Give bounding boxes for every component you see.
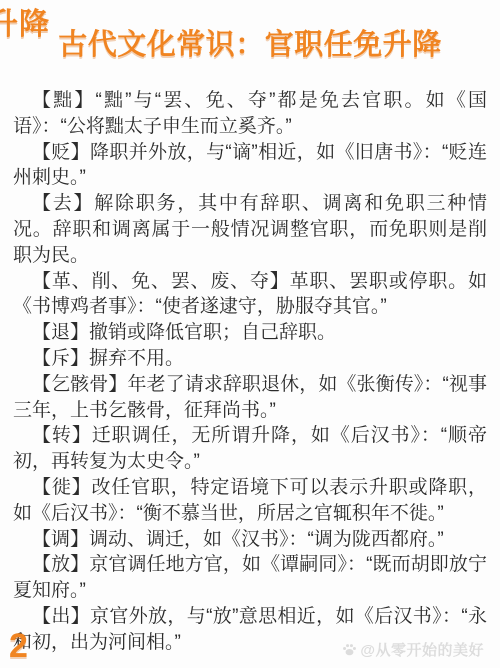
entry-list: 【黜】“黜”与“罢、免、夺”都是免去官职。如《国语》：“公将黜太子申生而立奚齐。…: [13, 88, 487, 656]
entry: 【革、削、免、罢、废、夺】革职、罢职或停职。如《书博鸡者事》：“使者遂逮守，胁服…: [13, 269, 487, 321]
entry: 【放】京官调任地方官，如《谭嗣同》：“既而胡即放宁夏知府。”: [13, 552, 487, 604]
entry: 【徙】改任官职，特定语境下可以表示升职或降职，如《后汉书》：“衡不慕当世，所居之…: [13, 475, 487, 527]
page-title: 古代文化常识：官职任免升降: [0, 22, 500, 63]
entry: 【去】解除职务，其中有辞职、调离和免职三种情况。辞职和调离属于一般情况调整官职，…: [13, 191, 487, 268]
entry-term: 【放】: [32, 554, 89, 575]
entry: 【黜】“黜”与“罢、免、夺”都是免去官职。如《国语》：“公将黜太子申生而立奚齐。…: [13, 88, 487, 140]
watermark: @从零开始的美好: [342, 639, 484, 660]
watermark-text: @从零开始的美好: [360, 639, 484, 660]
entry-term: 【革、削、免、罢、废、夺】: [32, 271, 290, 292]
entry: 【乞骸骨】年老了请求辞职退休，如《张衡传》：“视事三年，上书乞骸骨，征拜尚书。”: [13, 372, 487, 424]
entry-term: 【徙】: [32, 477, 91, 498]
entry-term: 【转】: [32, 425, 92, 446]
entry-definition: 撤销或降低官职；自己辞职。: [89, 322, 336, 343]
paw-icon: [342, 642, 357, 657]
entry-definition: 摒弃不用。: [89, 348, 184, 369]
entry-term: 【出】: [32, 606, 90, 627]
entry-term: 【斥】: [32, 348, 89, 369]
entry-term: 【去】: [32, 193, 94, 214]
entry-term: 【黜】: [32, 90, 95, 111]
entry-term: 【乞骸骨】: [32, 374, 127, 395]
entry-definition: 调动、调迁，如《汉书》：“调为陇西都府。”: [89, 529, 444, 550]
page: 升降 古代文化常识：官职任免升降 【黜】“黜”与“罢、免、夺”都是免去官职。如《…: [0, 0, 500, 668]
entry: 【贬】降职并外放，与“谪”相近，如《旧唐书》：“贬连州刺史。”: [13, 140, 487, 192]
entry: 【斥】摒弃不用。: [13, 346, 487, 372]
entry: 【退】撤销或降低官职；自己辞职。: [13, 320, 487, 346]
entry-term: 【贬】: [32, 142, 90, 163]
entry: 【转】迁职调任，无所谓升降，如《后汉书》：“顺帝初，再转复为太史令。”: [13, 423, 487, 475]
entry: 【调】调动、调迁，如《汉书》：“调为陇西都府。”: [13, 527, 487, 553]
entry-term: 【退】: [32, 322, 89, 343]
page-number: 2: [9, 627, 28, 666]
entry-term: 【调】: [32, 529, 89, 550]
